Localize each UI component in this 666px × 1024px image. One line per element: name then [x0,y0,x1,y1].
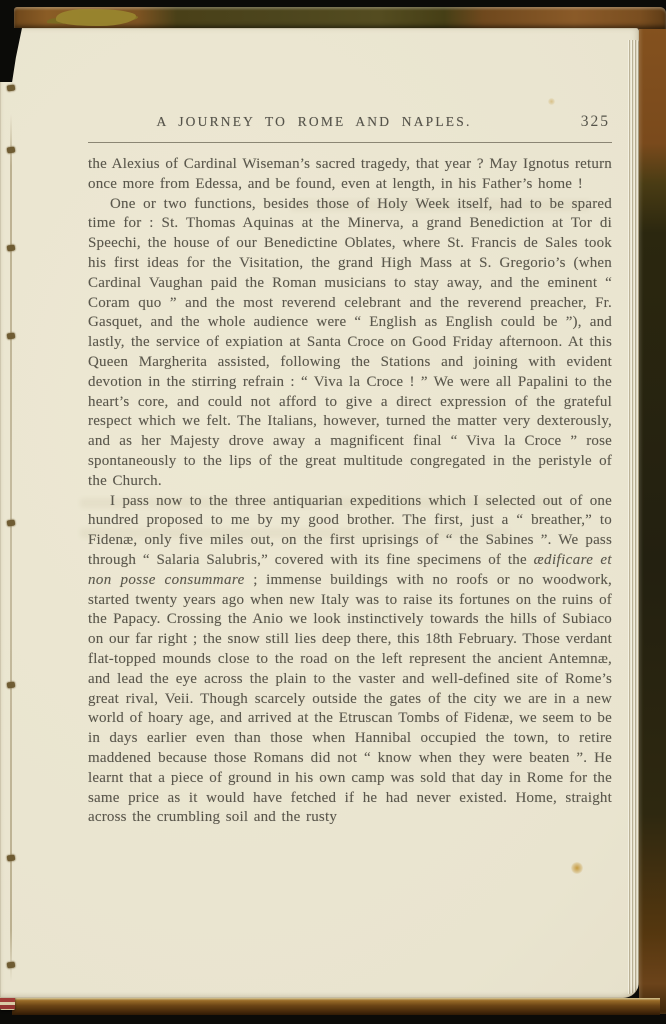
stitch-mark [7,84,16,91]
text-block: A JOURNEY TO ROME AND NAPLES. 325 the Al… [88,114,612,828]
foxing-spot [548,98,555,105]
body-text: the Alexius of Cardinal Wiseman’s sacred… [88,155,612,828]
text-segment: One or two functions, besides those of H… [88,196,612,489]
stitch-mark [7,961,16,968]
text-segment: ; immense buildings with no roofs or no … [88,572,612,826]
stitch-mark [7,244,16,251]
book-cover-bottom-edge [12,998,660,1015]
book-page: A JOURNEY TO ROME AND NAPLES. 325 the Al… [0,28,639,998]
paragraph: the Alexius of Cardinal Wiseman’s sacred… [88,155,612,195]
text-segment: the Alexius of Cardinal Wiseman’s sacred… [88,156,612,192]
page-title: A JOURNEY TO ROME AND NAPLES. [88,114,540,130]
stitch-mark [7,519,16,526]
page-number: 325 [581,113,610,131]
stitch-mark [7,681,16,688]
foxing-spot [571,862,583,874]
header-rule [88,142,612,143]
paragraph: One or two functions, besides those of H… [88,195,612,492]
page-edge-stack [628,40,639,994]
stitch-mark [7,146,16,153]
stitch-mark [7,854,16,861]
book-cover-right-edge [639,13,666,1014]
running-head: A JOURNEY TO ROME AND NAPLES. 325 [88,114,612,134]
stitch-mark [7,332,16,339]
paragraph: I pass now to the three antiquarian expe… [88,492,612,829]
